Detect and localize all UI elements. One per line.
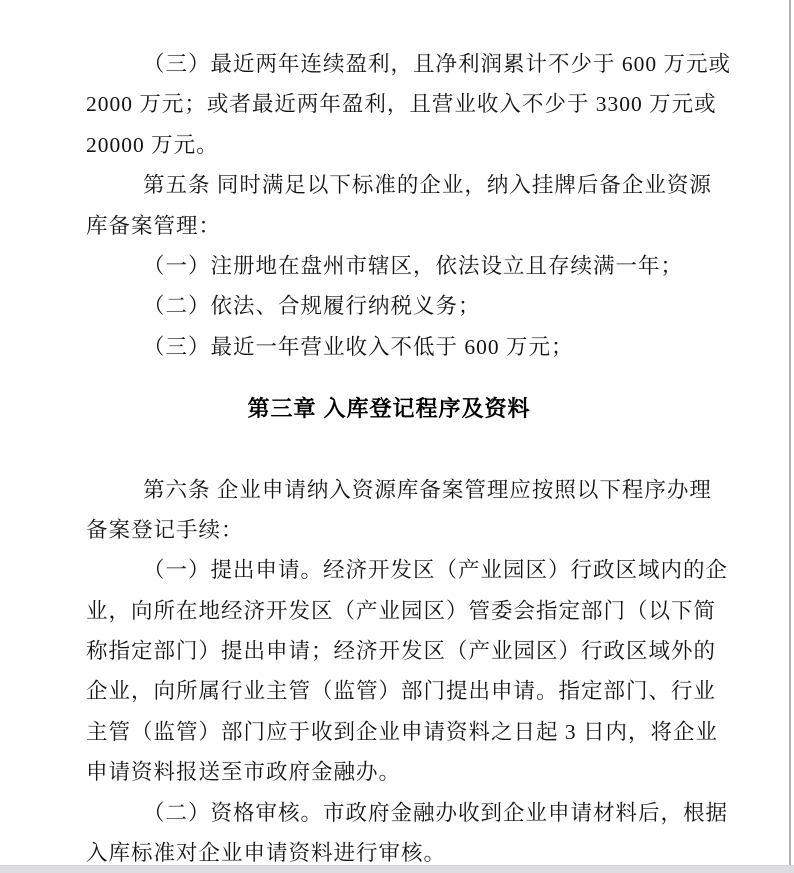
- body-line: 2000 万元；或者最近两年盈利，且营业收入不少于 3300 万元或: [86, 84, 692, 124]
- chapter-heading: 第三章 入库登记程序及资料: [86, 389, 692, 429]
- body-line: 第五条 同时满足以下标准的企业，纳入挂牌后备企业资源: [86, 165, 692, 205]
- body-line: 第六条 企业申请纳入资源库备案管理应按照以下程序办理: [86, 470, 692, 510]
- body-line: （三）最近两年连续盈利，且净利润累计不少于 600 万元或: [86, 44, 692, 84]
- body-line: 20000 万元。: [86, 125, 692, 165]
- body-line: 库备案管理：: [86, 206, 692, 246]
- body-line: 称指定部门）提出申请；经济开发区（产业园区）行政区域外的: [86, 631, 692, 671]
- body-line: （三）最近一年营业收入不低于 600 万元；: [86, 327, 692, 367]
- body-line: （一）注册地在盘州市辖区，依法设立且存续满一年；: [86, 246, 692, 286]
- document-page: （三）最近两年连续盈利，且净利润累计不少于 600 万元或 2000 万元；或者…: [0, 0, 794, 873]
- body-line: 业，向所在地经济开发区（产业园区）管委会指定部门（以下简: [86, 591, 692, 631]
- body-line: 申请资料报送至市政府金融办。: [86, 752, 692, 792]
- body-line: 主管（监管）部门应于收到企业申请资料之日起 3 日内，将企业: [86, 712, 692, 752]
- page-right-edge-line: [789, 0, 791, 866]
- document-body: （三）最近两年连续盈利，且净利润累计不少于 600 万元或 2000 万元；或者…: [86, 44, 692, 873]
- page-bottom-gap: [0, 865, 794, 873]
- body-line: 企业，向所属行业主管（监管）部门提出申请。指定部门、行业: [86, 671, 692, 711]
- body-line: （二）依法、合规履行纳税义务；: [86, 286, 692, 326]
- body-line: 备案登记手续：: [86, 510, 692, 550]
- body-line: （二）资格审核。市政府金融办收到企业申请材料后，根据: [86, 793, 692, 833]
- body-line: （一）提出申请。经济开发区（产业园区）行政区域内的企: [86, 550, 692, 590]
